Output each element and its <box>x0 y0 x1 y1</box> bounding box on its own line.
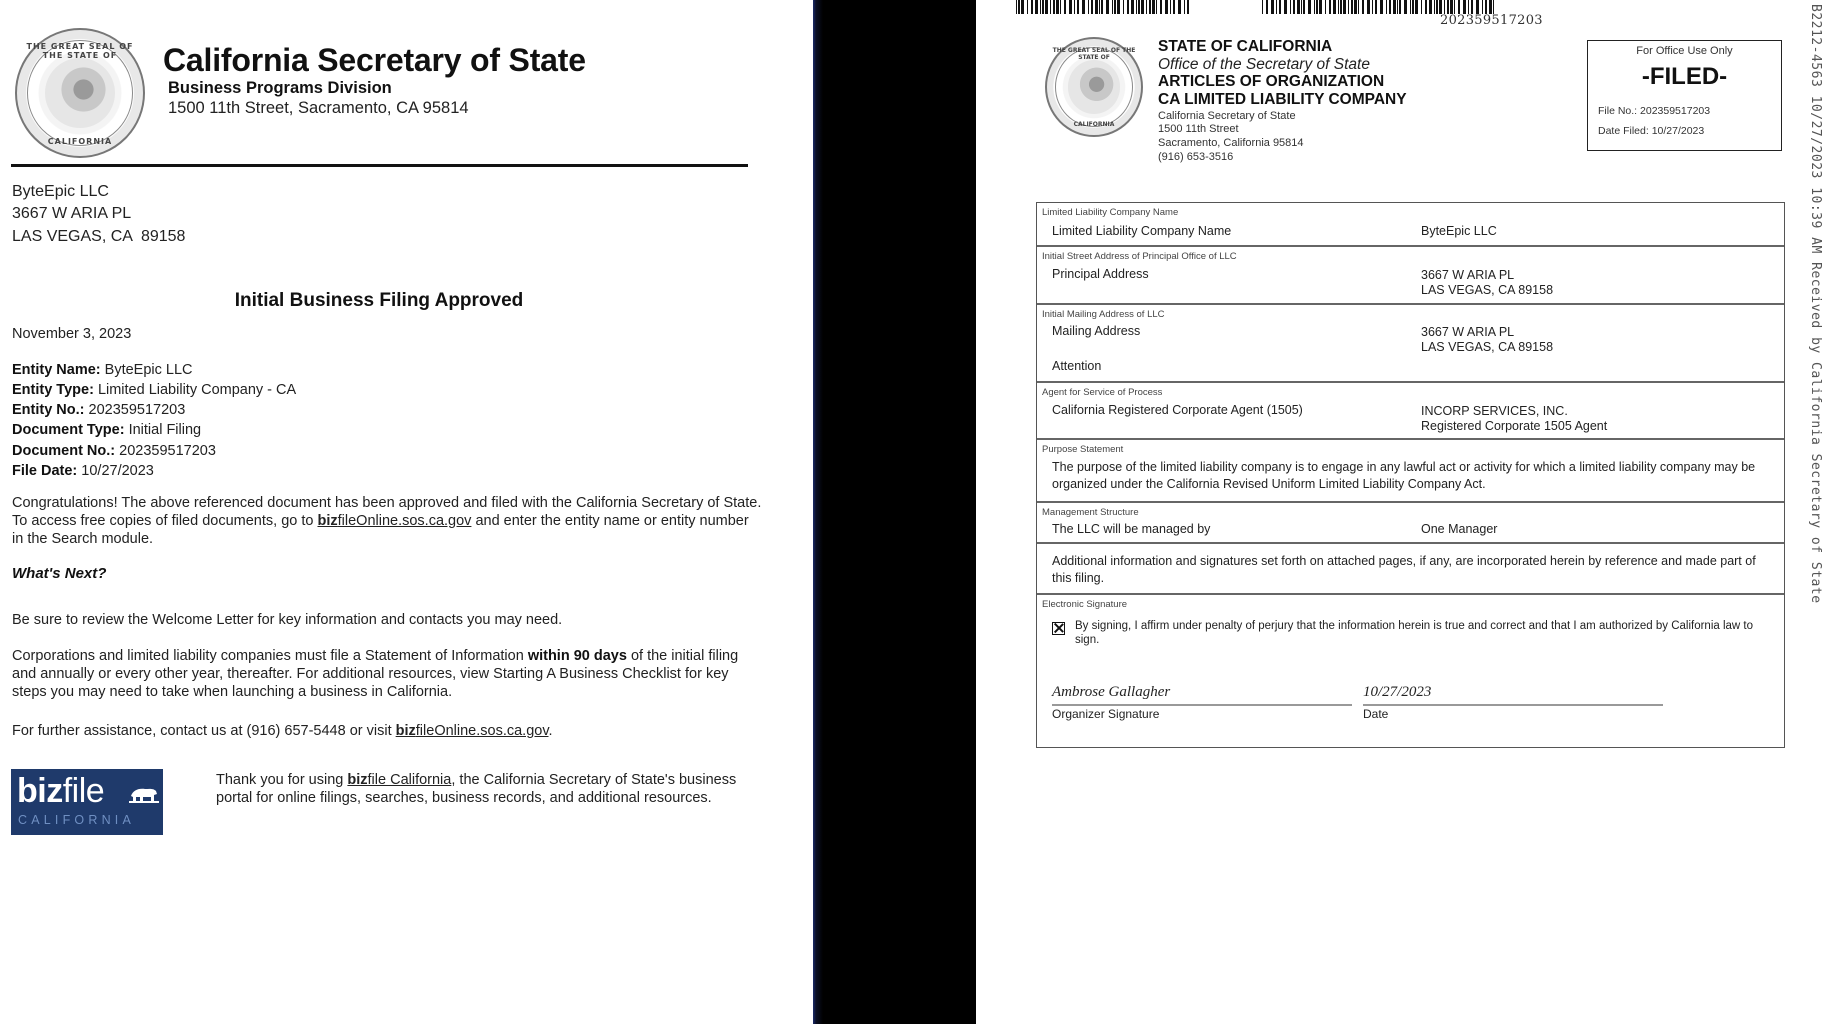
entity-detail-value: 10/27/2023 <box>81 463 154 479</box>
received-stamp: B2212-4563 10/27/2023 10:39 AM Received … <box>1805 4 1825 704</box>
date-caption: Date <box>1363 707 1388 721</box>
row-divider <box>1037 542 1784 544</box>
entity-detail-label: Entity Name: <box>12 362 101 378</box>
principal-address-label: Principal Address <box>1052 267 1149 281</box>
form-title: ARTICLES OF ORGANIZATION <box>1158 73 1384 91</box>
row-divider <box>1037 303 1784 305</box>
attention-label: Attention <box>1052 359 1101 373</box>
agent-type: Registered Corporate 1505 Agent <box>1421 419 1607 434</box>
row-divider <box>1037 438 1784 440</box>
entity-detail-row: Entity Name: ByteEpic LLC <box>12 362 193 378</box>
bizfile-online-link[interactable]: bizfileOnline.sos.ca.gov <box>317 513 471 529</box>
signature-date: 10/27/2023 <box>1363 684 1431 701</box>
barcode-number: 202359517203 <box>1440 13 1543 28</box>
office-use-label: For Office Use Only <box>1588 45 1781 57</box>
section-caption: Initial Mailing Address of LLC <box>1042 309 1165 320</box>
entity-detail-label: Entity Type: <box>12 382 94 398</box>
date-line <box>1363 704 1663 706</box>
date-filed: Date Filed: 10/27/2023 <box>1598 125 1704 137</box>
recipient-city: LAS VEGAS, CA 89158 <box>12 228 185 246</box>
entity-detail-value: Initial Filing <box>129 422 202 438</box>
seal-bottom-text: CALIFORNIA <box>1047 121 1141 128</box>
entity-detail-row: Document No.: 202359517203 <box>12 443 216 459</box>
mailing-address-line1: 3667 W ARIA PL <box>1421 325 1514 340</box>
agent-label: California Registered Corporate Agent (1… <box>1052 403 1303 417</box>
row-divider <box>1037 593 1784 595</box>
signature-line <box>1052 704 1352 706</box>
affirmation-checkbox[interactable] <box>1052 622 1065 635</box>
thanks-paragraph: Thank you for using bizfile California, … <box>216 771 756 807</box>
llc-name-label: Limited Liability Company Name <box>1052 224 1231 238</box>
organizer-signature-caption: Organizer Signature <box>1052 707 1159 721</box>
form-address-line: California Secretary of State <box>1158 110 1296 122</box>
entity-detail-row: Document Type: Initial Filing <box>12 422 201 438</box>
seal-emblem <box>1068 60 1121 114</box>
california-bear-icon <box>129 784 159 810</box>
letterhead-address: 1500 11th Street, Sacramento, CA 95814 <box>168 99 469 118</box>
agent-name: INCORP SERVICES, INC. <box>1421 404 1568 419</box>
mailing-address-label: Mailing Address <box>1052 324 1140 338</box>
section-caption: Agent for Service of Process <box>1042 387 1162 398</box>
additional-info-text: Additional information and signatures se… <box>1052 553 1762 587</box>
seal-top-text: THE GREAT SEAL OF THE STATE OF <box>17 42 143 60</box>
recipient-name: ByteEpic LLC <box>12 183 109 201</box>
entity-detail-row: Entity Type: Limited Liability Company -… <box>12 382 296 398</box>
office-use-box: For Office Use Only -FILED- File No.: 20… <box>1587 40 1782 151</box>
row-divider <box>1037 245 1784 247</box>
row-divider <box>1037 381 1784 383</box>
entity-detail-label: Entity No.: <box>12 402 85 418</box>
barcode-right <box>1262 0 1496 14</box>
congrats-paragraph: Congratulations! The above referenced do… <box>12 494 762 548</box>
management-label: The LLC will be managed by <box>1052 522 1210 536</box>
seal-bottom-text: CALIFORNIA <box>17 137 143 146</box>
page-gap-divider <box>813 0 976 1024</box>
letterhead-divider <box>11 164 748 167</box>
bizfile-wordmark: bizfile <box>17 773 104 809</box>
letter-heading: Initial Business Filing Approved <box>0 290 758 312</box>
entity-detail-label: Document Type: <box>12 422 125 438</box>
form-state-title: STATE OF CALIFORNIA <box>1158 38 1332 56</box>
form-address-line: 1500 11th Street <box>1158 123 1239 135</box>
whats-next-heading: What's Next? <box>12 565 106 582</box>
section-caption: Electronic Signature <box>1042 599 1127 610</box>
entity-detail-label: Document No.: <box>12 443 115 459</box>
received-stamp-text: B2212-4563 10/27/2023 10:39 AM Received … <box>1808 4 1823 604</box>
bizfile-online-link-2[interactable]: bizfileOnline.sos.ca.gov <box>396 723 549 739</box>
seal-top-text: THE GREAT SEAL OF THE STATE OF <box>1047 47 1141 61</box>
principal-address-line2: LAS VEGAS, CA 89158 <box>1421 283 1553 298</box>
affirmation-text: By signing, I affirm under penalty of pe… <box>1075 619 1755 647</box>
section-caption: Initial Street Address of Principal Offi… <box>1042 251 1237 262</box>
statement-of-information-paragraph: Corporations and limited liability compa… <box>12 647 762 701</box>
section-caption: Purpose Statement <box>1042 444 1123 455</box>
entity-detail-value: Limited Liability Company - CA <box>98 382 296 398</box>
letterhead-title: California Secretary of State <box>163 42 586 79</box>
seal-emblem <box>45 58 116 129</box>
entity-detail-value: ByteEpic LLC <box>105 362 193 378</box>
entity-detail-value: 202359517203 <box>89 402 186 418</box>
bizfile-california-text: CALIFORNIA <box>18 813 135 827</box>
bizfile-california-logo: bizfile CALIFORNIA <box>11 769 163 835</box>
assistance-paragraph: For further assistance, contact us at (9… <box>12 722 762 740</box>
great-seal-of-california-icon: THE GREAT SEAL OF THE STATE OF CALIFORNI… <box>1045 37 1143 137</box>
letterhead-division: Business Programs Division <box>168 79 392 98</box>
form-phone: (916) 653-3516 <box>1158 151 1233 163</box>
section-caption: Limited Liability Company Name <box>1042 207 1178 218</box>
recipient-street: 3667 W ARIA PL <box>12 205 131 223</box>
purpose-text: The purpose of the limited liability com… <box>1052 459 1762 493</box>
llc-name-value: ByteEpic LLC <box>1421 224 1497 239</box>
review-paragraph: Be sure to review the Welcome Letter for… <box>12 611 762 629</box>
entity-detail-row: Entity No.: 202359517203 <box>12 402 185 418</box>
entity-detail-value: 202359517203 <box>119 443 216 459</box>
great-seal-of-california-icon: THE GREAT SEAL OF THE STATE OF CALIFORNI… <box>15 28 145 158</box>
bizfile-california-link[interactable]: bizfile California <box>347 772 451 788</box>
principal-address-line1: 3667 W ARIA PL <box>1421 268 1514 283</box>
entity-detail-label: File Date: <box>12 463 77 479</box>
form-address-line: Sacramento, California 95814 <box>1158 137 1304 149</box>
filed-status: -FILED- <box>1588 63 1781 91</box>
form-subtitle: CA LIMITED LIABILITY COMPANY <box>1158 91 1407 109</box>
section-caption: Management Structure <box>1042 507 1139 518</box>
management-value: One Manager <box>1421 522 1497 537</box>
row-divider <box>1037 501 1784 503</box>
articles-form: Limited Liability Company Name Limited L… <box>1036 202 1785 748</box>
barcode-left <box>1016 0 1190 14</box>
entity-detail-row: File Date: 10/27/2023 <box>12 463 154 479</box>
mailing-address-line2: LAS VEGAS, CA 89158 <box>1421 340 1553 355</box>
letter-date: November 3, 2023 <box>12 326 131 342</box>
organizer-signature: Ambrose Gallagher <box>1052 684 1170 701</box>
approval-letter-page: THE GREAT SEAL OF THE STATE OF CALIFORNI… <box>0 0 812 1024</box>
form-office-title: Office of the Secretary of State <box>1158 56 1370 74</box>
file-number: File No.: 202359517203 <box>1598 105 1710 117</box>
